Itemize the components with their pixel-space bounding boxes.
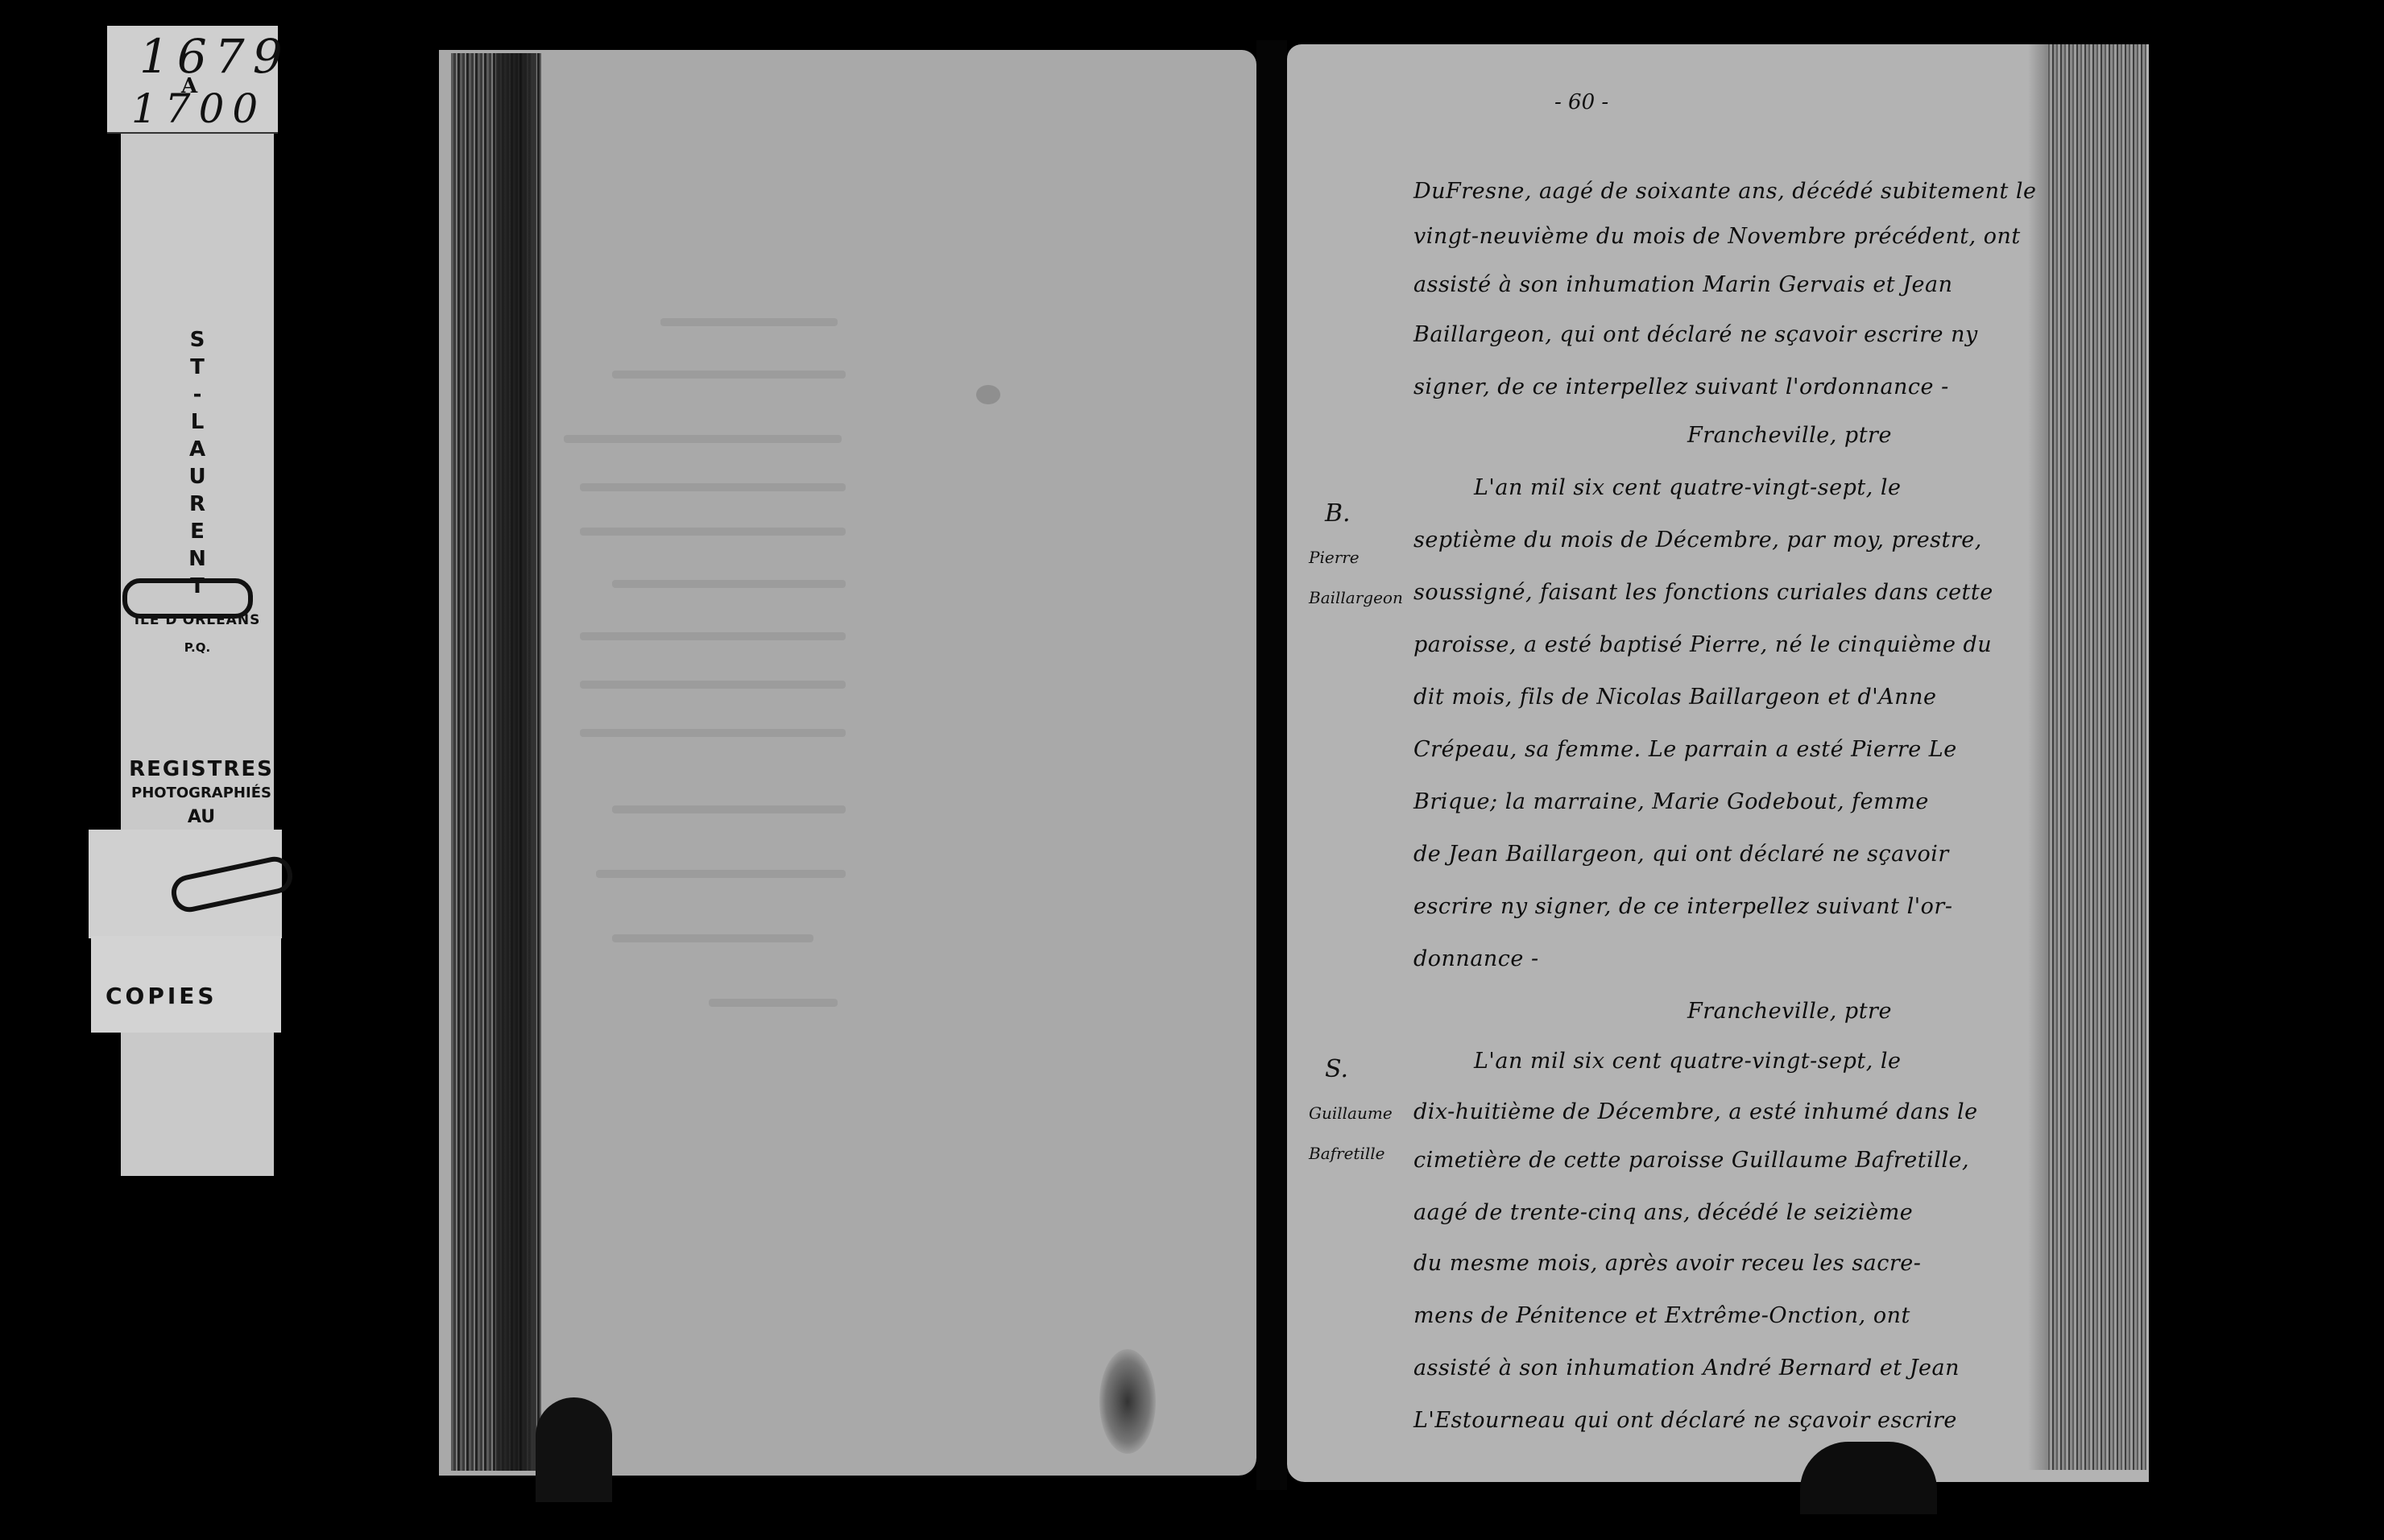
year-to: 1700 xyxy=(131,85,266,132)
text-line: cimetière de cette paroisse Guillaume Ba… xyxy=(1413,1148,1969,1173)
signature-line: Francheville, ptre xyxy=(1687,423,1892,448)
registry-line: AU xyxy=(121,805,282,830)
thumb-shadow xyxy=(536,1397,612,1502)
text-line: paroisse, a esté baptisé Pierre, né le c… xyxy=(1413,632,1992,657)
binding-shadow xyxy=(496,53,536,1471)
page-stain xyxy=(1099,1349,1156,1454)
text-line: vingt-neuvième du mois de Novembre précé… xyxy=(1413,224,2021,249)
text-line: escrire ny signer, de ce interpellez sui… xyxy=(1413,894,1952,919)
registry-line: REGISTRES xyxy=(121,757,282,781)
text-line: assisté à son inhumation Marin Gervais e… xyxy=(1413,272,1953,297)
page-stack-edge xyxy=(2046,44,2146,1470)
text-line: Baillargeon, qui ont déclaré ne sçavoir … xyxy=(1413,322,1978,347)
year-range-card: 1679 A 1700 xyxy=(107,26,278,134)
registry-line: PHOTOGRAPHIÉS xyxy=(121,781,282,805)
page-number: - 60 - xyxy=(1554,90,1608,114)
bleed-through-line xyxy=(612,371,846,379)
parish-letter: T xyxy=(190,354,205,381)
text-line: septième du mois de Décembre, par moy, p… xyxy=(1413,528,1982,553)
copies-card: COPIES xyxy=(91,936,281,1033)
parish-letter: S xyxy=(190,326,205,354)
bleed-through-line xyxy=(580,528,846,536)
province-label: P.Q. xyxy=(121,640,274,655)
bleed-through-line xyxy=(580,681,846,689)
bleed-through-line xyxy=(612,934,813,942)
text-line: mens de Pénitence et Extrême-Onction, on… xyxy=(1413,1303,1910,1328)
bleed-through-line xyxy=(580,729,846,737)
text-line: signer, de ce interpellez suivant l'ordo… xyxy=(1413,375,1949,399)
margin-name: Baillargeon xyxy=(1309,588,1403,607)
bleed-through-line xyxy=(612,580,846,588)
page-edge-shadow xyxy=(2028,44,2047,1470)
text-line: L'an mil six cent quatre-vingt-sept, le xyxy=(1474,475,1902,500)
parish-letter: U xyxy=(188,463,205,491)
margin-name: Guillaume xyxy=(1309,1103,1393,1123)
page-stain xyxy=(976,385,1000,404)
text-line: assisté à son inhumation André Bernard e… xyxy=(1413,1356,1960,1381)
bleed-through-line xyxy=(564,435,842,443)
signature-line: Francheville, ptre xyxy=(1687,999,1892,1024)
margin-name: Pierre xyxy=(1309,548,1360,567)
text-line: DuFresne, aagé de soixante ans, décédé s… xyxy=(1413,179,2037,204)
text-line: du mesme mois, après avoir receu les sac… xyxy=(1413,1251,1921,1276)
thumb-shadow xyxy=(1800,1442,1937,1514)
text-line: de Jean Baillargeon, qui ont déclaré ne … xyxy=(1413,842,1949,867)
bleed-through-line xyxy=(612,805,846,813)
text-line: dix-huitième de Décembre, a esté inhumé … xyxy=(1413,1099,1978,1124)
parish-letter: - xyxy=(193,381,202,408)
text-line: soussigné, faisant les fonctions curiale… xyxy=(1413,580,1993,605)
bleed-through-line xyxy=(660,318,838,326)
book-gutter xyxy=(1256,40,1287,1490)
text-line: L'an mil six cent quatre-vingt-sept, le xyxy=(1474,1049,1902,1074)
left-page xyxy=(439,50,1256,1476)
bleed-through-line xyxy=(596,870,846,878)
bleed-through-line xyxy=(580,632,846,640)
year-from: 1679 xyxy=(139,29,291,84)
paperclip-icon xyxy=(122,578,253,619)
parish-letter: L xyxy=(191,408,205,436)
margin-entry-type: B. xyxy=(1325,499,1351,528)
text-line: L'Estourneau qui ont déclaré ne sçavoir … xyxy=(1413,1408,1957,1433)
parish-letter: N xyxy=(188,545,206,573)
text-line: Brique; la marraine, Marie Godebout, fem… xyxy=(1413,789,1929,814)
parish-letter: E xyxy=(190,518,205,545)
text-line: Crépeau, sa femme. Le parrain a esté Pie… xyxy=(1413,737,1957,762)
bleed-through-line xyxy=(709,999,838,1007)
parish-name-vertical: S T - L A U R E N T xyxy=(121,326,274,600)
copies-label: COPIES xyxy=(106,983,217,1009)
parish-letter: R xyxy=(189,491,205,518)
margin-name: Bafretille xyxy=(1309,1144,1384,1163)
text-line: donnance - xyxy=(1413,946,1539,971)
parish-letter: A xyxy=(189,436,205,463)
margin-entry-type: S. xyxy=(1325,1055,1348,1083)
text-line: dit mois, fils de Nicolas Baillargeon et… xyxy=(1413,685,1936,710)
text-line: aagé de trente-cinq ans, décédé le seizi… xyxy=(1413,1200,1913,1225)
bleed-through-line xyxy=(580,483,846,491)
